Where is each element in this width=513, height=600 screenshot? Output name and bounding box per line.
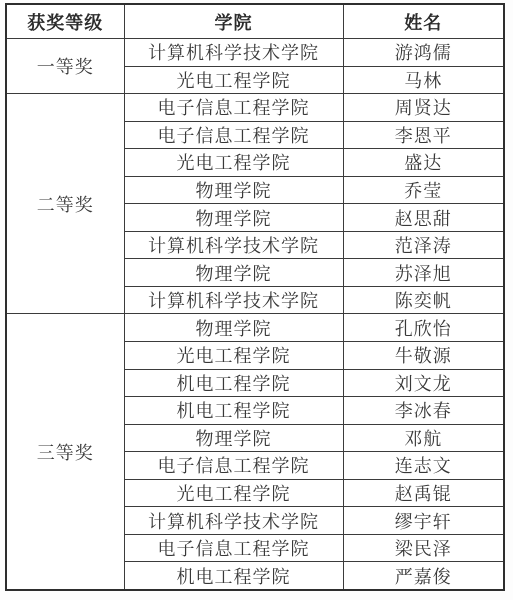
award-level-cell: 二等奖 (6, 94, 124, 314)
college-cell: 机电工程学院 (124, 397, 343, 425)
name-cell: 连志文 (343, 452, 504, 480)
name-cell: 刘文龙 (343, 369, 504, 397)
college-cell: 物理学院 (124, 204, 343, 232)
college-cell: 机电工程学院 (124, 369, 343, 397)
award-level-cell: 一等奖 (6, 39, 124, 94)
college-cell: 物理学院 (124, 314, 343, 342)
header-award-level: 获奖等级 (6, 4, 124, 39)
college-cell: 光电工程学院 (124, 479, 343, 507)
name-cell: 赵思甜 (343, 204, 504, 232)
name-cell: 梁民泽 (343, 534, 504, 562)
name-cell: 缪宇轩 (343, 507, 504, 535)
college-cell: 计算机科学技术学院 (124, 39, 343, 67)
college-cell: 光电工程学院 (124, 342, 343, 370)
header-row: 获奖等级 学院 姓名 (6, 4, 504, 39)
college-cell: 物理学院 (124, 259, 343, 287)
name-cell: 范泽涛 (343, 231, 504, 259)
college-cell: 计算机科学技术学院 (124, 286, 343, 314)
table-row: 三等奖物理学院孔欣怡 (6, 314, 504, 342)
college-cell: 电子信息工程学院 (124, 121, 343, 149)
name-cell: 赵禹锟 (343, 479, 504, 507)
college-cell: 物理学院 (124, 424, 343, 452)
name-cell: 马林 (343, 66, 504, 94)
college-cell: 电子信息工程学院 (124, 94, 343, 122)
name-cell: 严嘉俊 (343, 562, 504, 590)
name-cell: 周贤达 (343, 94, 504, 122)
name-cell: 盛达 (343, 149, 504, 177)
award-table-container: 获奖等级 学院 姓名 一等奖计算机科学技术学院游鸿儒光电工程学院马林二等奖电子信… (5, 3, 505, 591)
award-table: 获奖等级 学院 姓名 一等奖计算机科学技术学院游鸿儒光电工程学院马林二等奖电子信… (5, 3, 505, 591)
name-cell: 游鸿儒 (343, 39, 504, 67)
header-college: 学院 (124, 4, 343, 39)
college-cell: 电子信息工程学院 (124, 452, 343, 480)
college-cell: 光电工程学院 (124, 66, 343, 94)
college-cell: 光电工程学院 (124, 149, 343, 177)
header-name: 姓名 (343, 4, 504, 39)
name-cell: 邓航 (343, 424, 504, 452)
college-cell: 计算机科学技术学院 (124, 507, 343, 535)
name-cell: 孔欣怡 (343, 314, 504, 342)
name-cell: 牛敬源 (343, 342, 504, 370)
award-level-cell: 三等奖 (6, 314, 124, 590)
name-cell: 陈奕帆 (343, 286, 504, 314)
college-cell: 计算机科学技术学院 (124, 231, 343, 259)
table-row: 二等奖电子信息工程学院周贤达 (6, 94, 504, 122)
college-cell: 电子信息工程学院 (124, 534, 343, 562)
name-cell: 乔莹 (343, 176, 504, 204)
name-cell: 李冰春 (343, 397, 504, 425)
table-row: 一等奖计算机科学技术学院游鸿儒 (6, 39, 504, 67)
name-cell: 李恩平 (343, 121, 504, 149)
college-cell: 机电工程学院 (124, 562, 343, 590)
name-cell: 苏泽旭 (343, 259, 504, 287)
college-cell: 物理学院 (124, 176, 343, 204)
